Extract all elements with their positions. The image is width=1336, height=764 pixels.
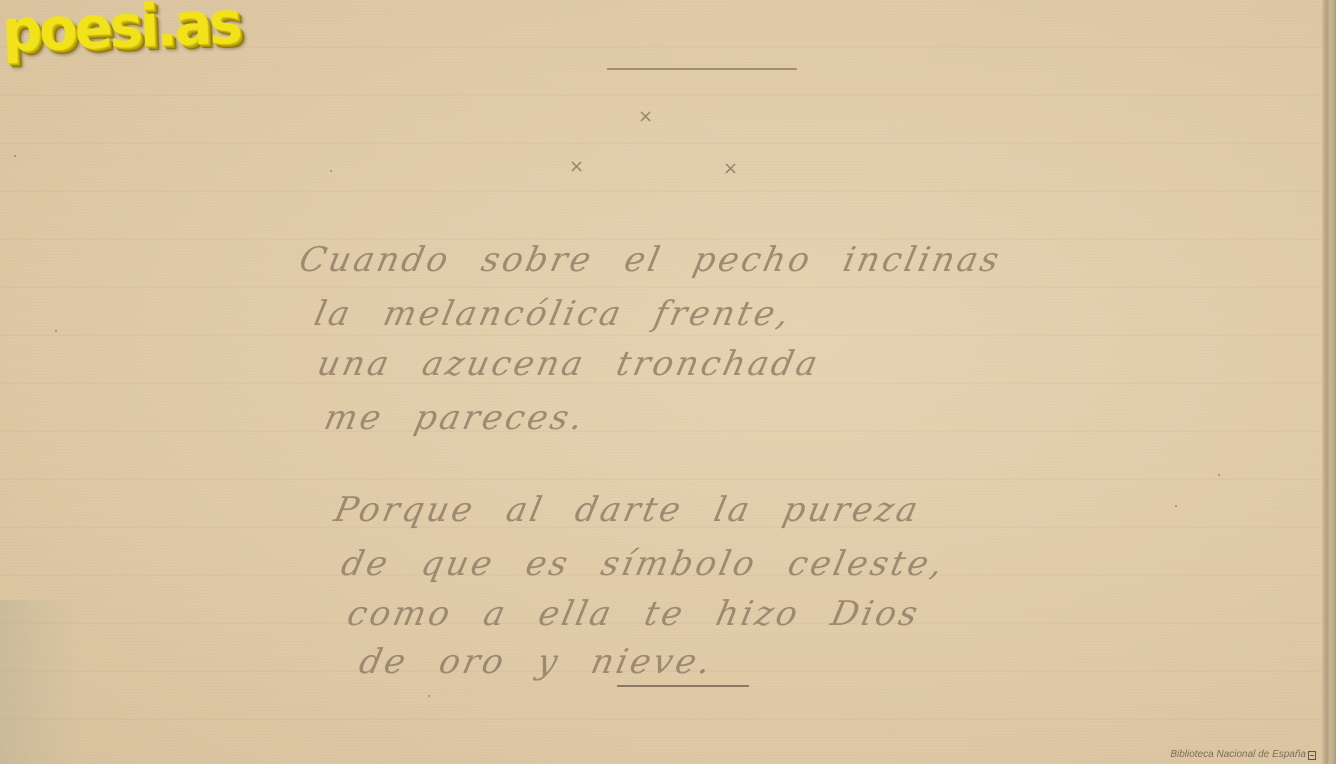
poem-line: de que es símbolo celeste, bbox=[338, 544, 949, 584]
poem-line: Porque al darte la pureza bbox=[331, 490, 924, 530]
poem-line: la melancólica frente, bbox=[311, 294, 796, 334]
ornament-cross: × bbox=[569, 158, 584, 176]
ornament-cross: × bbox=[638, 108, 653, 126]
manuscript-page: × × × Cuando sobre el pecho inclinas la … bbox=[0, 0, 1336, 764]
poem-line: me pareces. bbox=[321, 398, 590, 438]
top-ornament-rule bbox=[607, 68, 797, 70]
page-edge bbox=[1322, 0, 1336, 764]
poem-line: de oro y nieve. bbox=[356, 642, 717, 682]
closing-rule bbox=[617, 685, 749, 687]
poem-line: como a ella te hizo Dios bbox=[344, 594, 924, 634]
poem-line: una azucena tronchada bbox=[314, 344, 824, 384]
library-credit: Biblioteca Nacional de España bbox=[1170, 749, 1306, 760]
paper-stain bbox=[0, 600, 80, 764]
poesias-logo[interactable]: poesi.as bbox=[1, 0, 240, 62]
poem-line: Cuando sobre el pecho inclinas bbox=[296, 240, 1006, 280]
bookmark-icon bbox=[1308, 751, 1316, 760]
ornament-cross: × bbox=[723, 160, 738, 178]
